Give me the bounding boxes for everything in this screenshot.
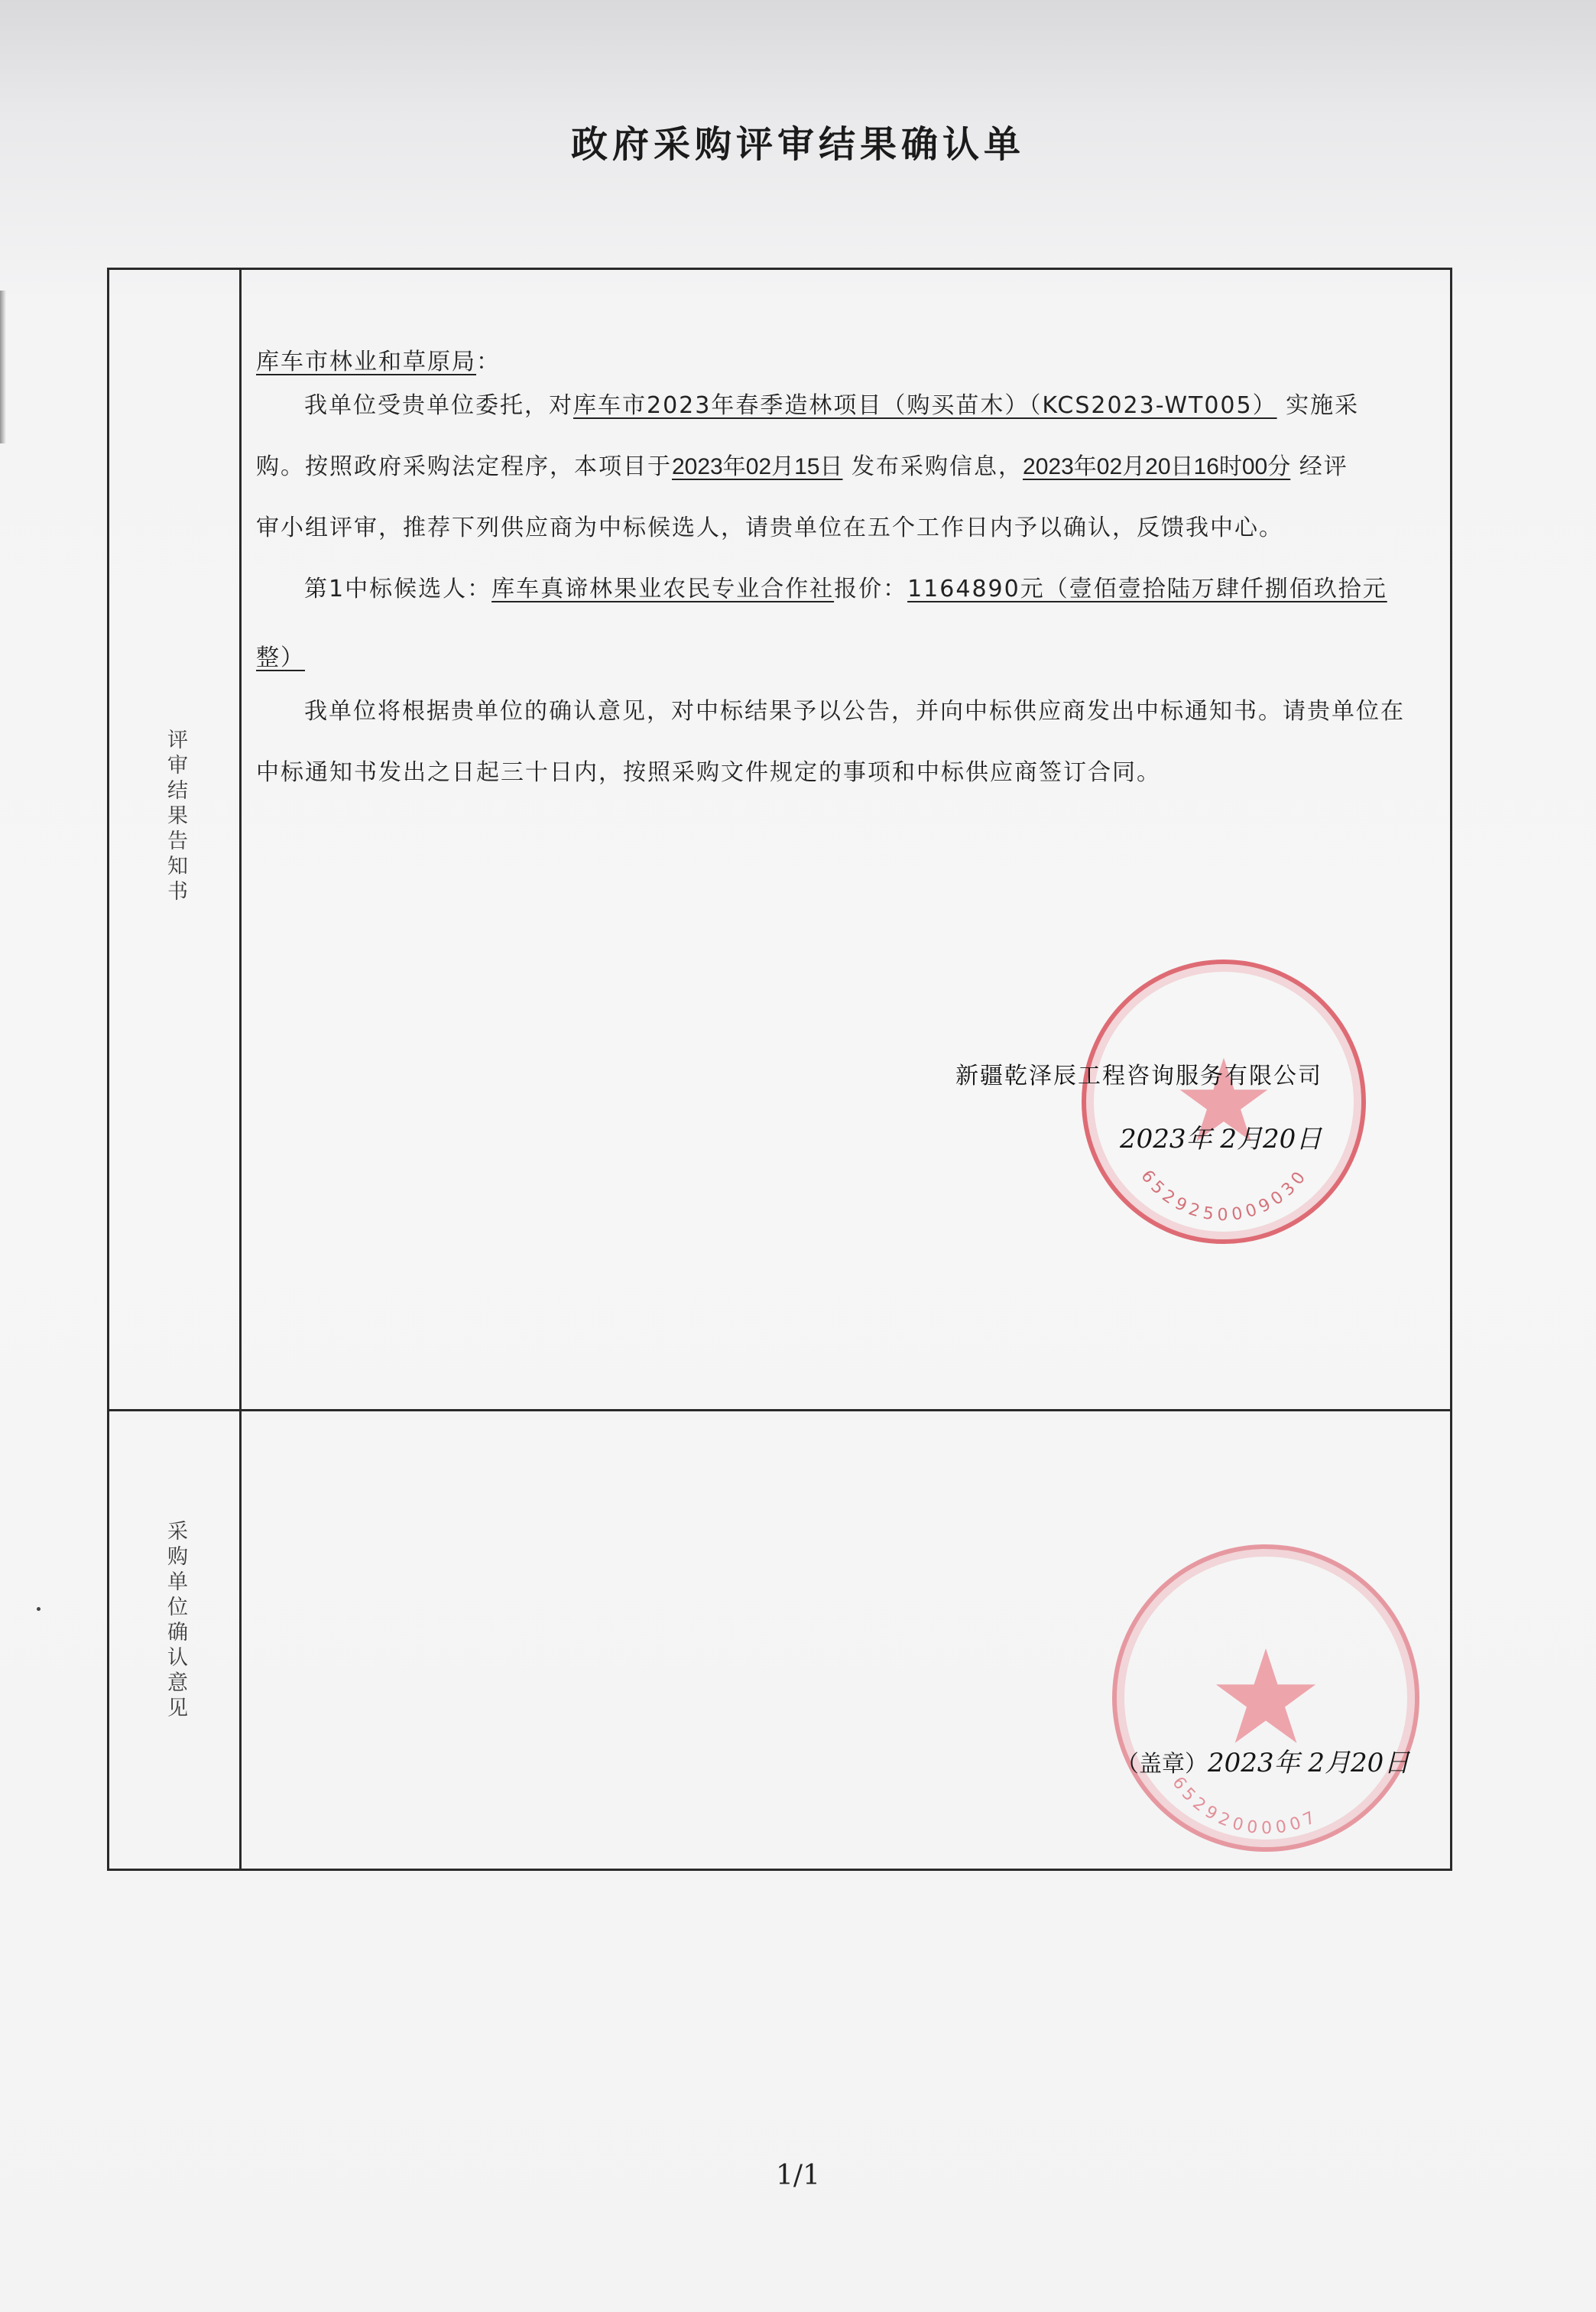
scan-edge-shadow <box>0 291 6 443</box>
scan-speck <box>37 1607 41 1611</box>
confirmation-date: 2023年 2月20日 <box>1208 1748 1409 1778</box>
candidate-line: 第1中标候选人：库车真谛林果业农民专业合作社报价：1164890元（壹佰壹拾陆万… <box>304 570 1387 603</box>
paragraph1-line3: 审小组评审，推荐下列供应商为中标候选人，请贵单位在五个工作日内予以确认，反馈我中… <box>256 508 1283 542</box>
price-amount-cont: 整） <box>256 645 305 671</box>
notice-section-label: 评审结果告知书 <box>160 729 190 905</box>
label-column-divider <box>239 270 242 1869</box>
confirmation-date-line: （盖章）2023年 2月20日 <box>1116 1742 1409 1779</box>
addressee-line: 库车市林业和草原局： <box>256 343 501 376</box>
project-name: 库车市2023年春季造林项目（购买苗木）（KCS2023-WT005） <box>573 392 1277 419</box>
paragraph1-line2: 购。按照政府采购法定程序，本项目于2023年02月15日 发布采购信息，2023… <box>256 447 1348 481</box>
p1-line2-prefix: 购。按照政府采购法定程序，本项目于 <box>256 453 672 480</box>
review-datetime: 2023年02月20日16时00分 <box>1023 454 1290 479</box>
p1-line2-suffix: 经评 <box>1299 453 1348 480</box>
paragraph2-line1: 我单位将根据贵单位的确认意见，对中标结果予以公告，并向中标供应商发出中标通知书。… <box>304 692 1405 726</box>
purchaser-seal-stamp: 65292000007 ★ <box>1112 1544 1419 1852</box>
candidate-name: 库车真谛林果业农民专业合作社 <box>491 576 834 602</box>
addressee-colon: ： <box>476 349 501 375</box>
candidate-line-cont: 整） <box>256 638 305 672</box>
svg-text:65292000007: 65292000007 <box>1168 1774 1322 1839</box>
price-label: 报价： <box>834 576 907 602</box>
seal-label: （盖章） <box>1116 1751 1208 1778</box>
p1-suffix: 实施采 <box>1286 392 1359 419</box>
svg-text:6529250009030: 6529250009030 <box>1137 1165 1312 1225</box>
page-number: 1/1 <box>0 2160 1596 2191</box>
section-divider <box>109 1409 1450 1411</box>
paragraph2-line2: 中标通知书发出之日起三十日内，按照采购文件规定的事项和中标供应商签订合同。 <box>256 753 1161 787</box>
signer-company: 新疆乾泽辰工程咨询服务有限公司 <box>955 1057 1322 1090</box>
document-title: 政府采购评审结果确认单 <box>0 115 1596 167</box>
paragraph1-line1: 我单位受贵单位委托，对库车市2023年春季造林项目（购买苗木）（KCS2023-… <box>304 386 1359 420</box>
confirmation-section-label: 采购单位确认意见 <box>160 1520 190 1722</box>
addressee: 库车市林业和草原局 <box>256 349 476 375</box>
p1-line2-middle: 发布采购信息， <box>852 453 1023 480</box>
price-amount: 1164890元（壹佰壹拾陆万肆仟捌佰玖拾元 <box>907 576 1387 602</box>
candidate-prefix: 第1中标候选人： <box>304 576 491 602</box>
signer-date: 2023年 2月20日 <box>1120 1118 1322 1155</box>
p1-prefix: 我单位受贵单位委托，对 <box>304 392 573 419</box>
agency-seal-stamp: 6529250009030 ★ <box>1082 960 1366 1244</box>
publish-date: 2023年02月15日 <box>672 454 842 479</box>
